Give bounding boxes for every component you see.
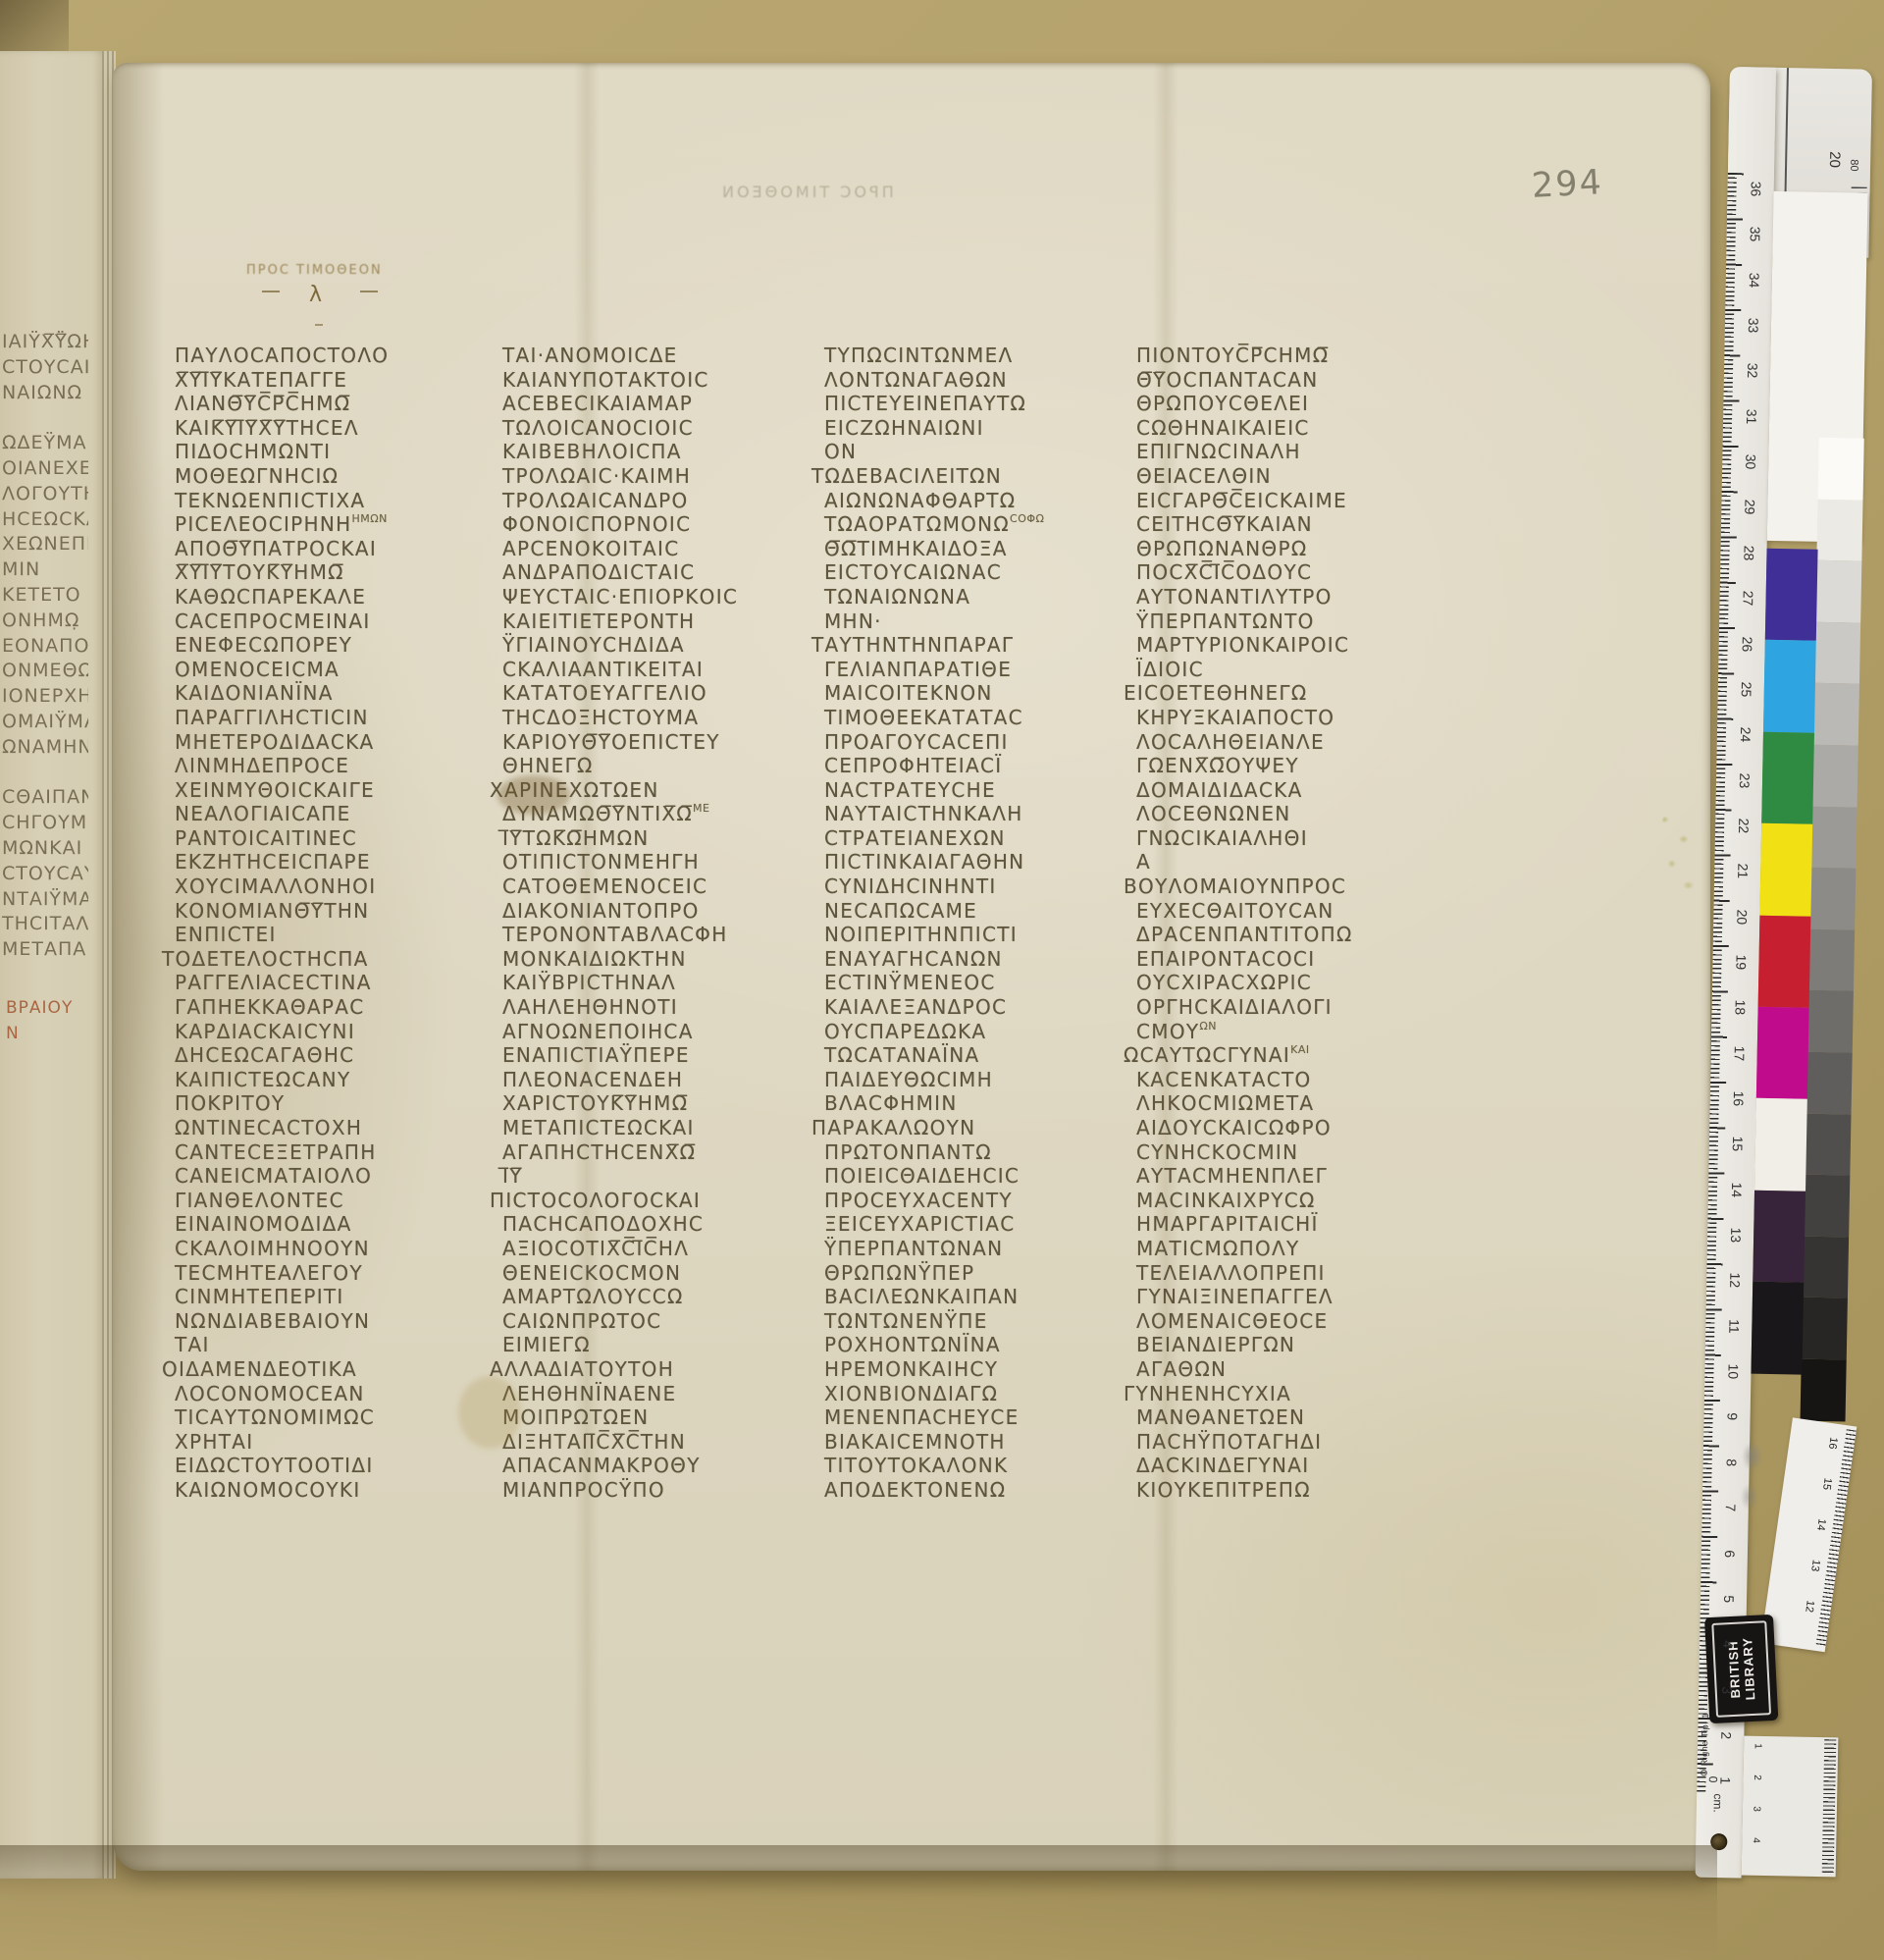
text-line: ΚΑΤΑΤΟΕΥΑΓΓΕΛΙΟ [502,681,787,706]
color-patch-white [1754,1098,1807,1191]
text-line: ΚΑCΕΝΚΑΤΑCΤΟ [1136,1068,1421,1092]
text-line: ΕΝΑΠΙCΤΙΑΫΠΕΡΕ [502,1043,787,1068]
text-line: ΤΥΠΩCΙΝΤΩΝΜΕΛ [824,344,1109,368]
text-line: ΒΕΙΑΝΔΙΕΡΓΩΝ [1136,1333,1421,1357]
text-line: ΕΟΝΑΠΟΛ [2,634,88,660]
text-line: ΑΙΔΟΥCΚΑΙCΩΦΡΟ [1136,1116,1421,1140]
correction-note: CΟΦΩ [1010,512,1044,525]
calibration-chart: 20 80 1615141312 BRITISH LIBRARY 1234 0 [1696,67,1872,1882]
stain [497,775,570,815]
ruler-number: 3 [1719,1677,1735,1703]
text-line: ΑΠΑCΑΝΜΑΚΡΟΘΥ [502,1454,787,1478]
ruler-number: 26 [1739,631,1754,657]
ruler-number: 35 [1747,222,1762,247]
text-line: ΛΟΓΟΥΤΗ [2,482,88,507]
ruler-number: 2 [1718,1722,1734,1748]
text-line: ΠΑΡΑΚΑΛΩΟΥΝ [811,1116,1109,1140]
righe-tip-label: O Righe Tip. 1 [1700,1713,1710,1776]
mini-ruler-number: 16 [1825,1433,1840,1454]
text-line: ΓΝΩCΙΚΑΙΑΛΗΘΙ [1136,826,1421,851]
typographic-ruler: 1234 [1742,1736,1839,1878]
ruler-number: 33 [1746,312,1761,338]
correction-note: ΜΕ [693,802,709,815]
text-line: ΕΚΖΗΤΗCΕΙCΠΑΡΕ [175,850,459,874]
ruler-number: 17 [1731,1040,1747,1066]
text-line: ΟΜΑΙΫΜΑ [2,710,88,735]
grayscale-step [1812,745,1858,807]
text-line: ΗΜΑΡΓΑΡΙΤΑΙCΗΪ [1136,1212,1421,1237]
text-line: ΜΙΝ [2,557,88,583]
text-line: ΠΡΟΑΓΟΥCΑCΕΠΙ [824,730,1109,755]
text-line: CΑΝΤΕCΕΞΕΤΡΑΠΗ [175,1140,459,1165]
text-line: ΘΡΩΠΟΥCΘΕΛΕΙ [1136,392,1421,416]
text-column-1: ΠΑΥΛΟCΑΠΟCΤΟΛΟΧ̅Υ̅Ι̅Υ̅ΚΑΤΕΠΑΓΓΕΛΙΑΝΘ̅Υ̅C… [175,344,459,1503]
text-line: ΕΝΠΙCΤΕΙ [175,923,459,947]
text-line: ΕΙCΓΑΡΘ̅C̅ΕΙCΚΑΙΜΕ [1136,489,1421,513]
ruler-number: 28 [1741,540,1756,565]
text-line: ΔΡΑCΕΝΠΑΝΤΙΤΟΠΩ [1136,923,1421,947]
text-line: ΜΑCΙΝΚΑΙΧΡΥCΩ [1136,1189,1421,1213]
typographic-ruler-number: 4 [1751,1837,1761,1853]
text-line: ΝΩΝΔΙΑΒΕΒΑΙΟΥΝ [175,1309,459,1334]
text-line: ΤΗCΙΤΑΛΙ [2,912,88,937]
ruler-number: 15 [1730,1132,1746,1157]
text-line: ΑΝΔΡΑΠΟΔΙCΤΑΙC [502,560,787,585]
text-line: ΒΑCΙΛΕΩΝΚΑΙΠΑΝ [824,1285,1109,1309]
text-line: ΚΑΙΑΛΕΞΑΝΔΡΟC [824,995,1109,1020]
stain [1655,805,1702,903]
mini-ruler-number: 14 [1814,1514,1829,1535]
text-line: ΛΟΝΤΩΝΑΓΑΘΩΝ [824,368,1109,393]
text-line: ΤΙCΑΥΤΩΝΟΜΙΜΩC [175,1405,459,1430]
ruler-number: 9 [1724,1404,1740,1430]
text-line: ΕΠΙΓΝΩCΙΝΑΛΗ [1136,440,1421,464]
text-line: ΚΑΙΕΙΤΙΕΤΕΡΟΝΤΗ [502,609,787,634]
text-line: CΑΙΩΝΠΡΩΤΟC [502,1309,787,1334]
text-line: ΔΙΞΗΤΑΙΙ̅C̅Χ̅C̅ΤΗΝ [502,1430,787,1455]
mini-ruler-number: 12 [1803,1596,1817,1616]
text-line: ΚΑΙΔΟΝΙΑΝΪΝΑ [175,681,459,706]
text-line: ΒΟΥΛΟΜΑΙΟΥΝΠΡΟC [1124,874,1421,899]
text-line: ΛΟCΕΘΝΩΝΕΝ [1136,802,1421,826]
color-patch-azure [1763,640,1816,732]
text-line: ΙΟΝΕΡΧΗ [2,684,88,710]
text-line: Χ̅Υ̅Ι̅Υ̅ΚΑΤΕΠΑΓΓΕ [175,368,459,393]
text-line: ΤΑΙ [175,1333,459,1357]
text-line: ΤΩΝΤΩΝΕΝΫΠΕ [824,1309,1109,1334]
text-line: ΤΗCΔΟΞΗCΤΟΥΜΑ [502,706,787,730]
text-line: ΒΙΑΚΑΙCΕΜΝΟΤΗ [824,1430,1109,1455]
text-line: ΠΟΚΡΙΤΟΥ [175,1091,459,1116]
grayscale-step [1810,806,1857,868]
text-line: ΜΙΑΝΠΡΟCΫΠΟ [502,1478,787,1503]
text-line: ΘΡΩΠΩΝΫΠΕΡ [824,1261,1109,1286]
text-line: ΨΕΥCΤΑΙC·ΕΠΙΟΡΚΟΙC [502,585,787,609]
text-line: ΚΕΤΕΤΟ [2,583,88,609]
stain [458,1376,521,1449]
gutter-shadow [113,63,164,1871]
text-line: ΛΟΜΕΝΑΙCΘΕΟCΕ [1136,1309,1421,1334]
text-column-4: ΠΙΟΝΤΟΥC̅Ρ̅CΗΜΩ̅Θ̅Υ̅ΟCΠΑΝΤΑCΑΝΘΡΩΠΟΥCΘΕΛ… [1136,344,1421,1503]
text-line: ΜΗΕΤΕΡΟΔΙΔΑCΚΑ [175,730,459,755]
grayscale-step [1809,868,1856,929]
text-line: ΔΙΑΚΟΝΙΑΝΤΟΠΡΟ [502,899,787,924]
ruler-number: 23 [1737,768,1753,793]
text-line: ΫΓΙΑΙΝΟΥCΗΔΙΔΑ [502,633,787,658]
ruler-number: 30 [1743,449,1758,474]
text-line: CΗΓΟΥΜΕ [2,811,88,836]
facing-page-rubric: ΒΡΑΙΟΥΝ [6,995,73,1046]
text-line: ΩCΑΥΤΩCΓΥΝΑΙΚΑΙ [1124,1043,1421,1068]
text-line: ΤΟΔΕΤΕΛΟCΤΗCΠΑ [162,947,459,972]
text-line: ΓΙΑΝΘΕΛΟΝΤΕC [175,1189,459,1213]
quire-dash [360,291,378,292]
text-line: ΡΑΓΓΕΛΙΑCΕCΤΙΝΑ [175,971,459,995]
text-line: ΟΥCΠΑΡΕΔΩΚΑ [824,1020,1109,1044]
text-line: ΧΙΟΝΒΙΟΝΔΙΑΓΩ [824,1382,1109,1406]
text-line: ΚΑΙΫΒΡΙCΤΗΝΑΛ [502,971,787,995]
text-line: ΓΥΝΑΙΞΙΝΕΠΑΓΓΕΛ [1136,1285,1421,1309]
color-patch-yellow [1759,823,1812,916]
text-line: CΙΝΜΗΤΕΠΕΡΙΤΙ [175,1285,459,1309]
text-line: ΝΑΥΤΑΙCΤΗΝΚΑΛΗ [824,802,1109,826]
text-line: ΓΑΠΗΕΚΚΑΘΑΡΑC [175,995,459,1020]
text-line: ΡΟΧΗΟΝΤΩΝΪΝΑ [824,1333,1109,1357]
ruler-number: 21 [1735,859,1751,884]
text-line: ΤΑΥΤΗΝΤΗΝΠΑΡΑΓ [811,633,1109,658]
text-line: CΥΝΙΔΗCΙΝΗΝΤΙ [824,874,1109,899]
text-line: ΚΑΡΔΙΑCΚΑΙCΥΝΙ [175,1020,459,1044]
ruler-number: 22 [1736,813,1752,838]
mini-ruler-number: 13 [1808,1555,1823,1575]
text-line: ΗCΕΩCΚΑ [2,507,88,533]
text-line: CΩΘΗΝΑΙΚΑΙΕΙC [1136,416,1421,441]
text-line: ΑΙΩΝΩΝΑΦΘΑΡΤΩ [824,489,1109,513]
text-line: ΤΩΑΟΡΑΤΩΜΟΝΩCΟΦΩ [824,512,1109,537]
text-line: ΝΑCΤΡΑΤΕΥCΗΕ [824,778,1109,803]
text-line: ΛΗΚΟCΜΙΩΜΕΤΑ [1136,1091,1421,1116]
ruler-head-label-20: 20 [1826,151,1843,168]
text-line: ΝΕCΑΠΩCΑΜΕ [824,899,1109,924]
text-line: ΚΟΝΟΜΙΑΝΘ̅Υ̅ΤΗΝ [175,899,459,924]
color-patch-aubergine [1753,1190,1805,1282]
label-line-2: LIBRARY [1740,1637,1757,1701]
ruler-number: 31 [1744,403,1759,429]
grayscale-step [1816,499,1862,560]
text-line: ΜΑΙCΟΙΤΕΚΝΟΝ [824,681,1109,706]
ruler-number: 29 [1742,495,1757,520]
text-line: ΚΑΙΠΙCΤΕΩCΑΝΥ [175,1068,459,1092]
ruler-number: 18 [1732,995,1748,1021]
text-line: CΜΟΥΩΝ [1136,1020,1421,1044]
text-line: ΝΕΑΛΟΓΙΑΙCΑΠΕ [175,802,459,826]
correction-note: ΗΜΩΝ [351,512,387,525]
text-line: CΑCΕΠΡΟCΜΕΙΝΑΙ [175,609,459,634]
typographic-ruler-number: 1 [1752,1743,1762,1759]
text-line: ΧΑΡΙCΤΟΥΚ̅Υ̅ΗΜΩ̅ [502,1091,787,1116]
folio-number-pencil: 294 [1531,163,1604,206]
text-line: Χ̅Υ̅Ι̅Υ̅ΤΟΥΚ̅Υ̅ΗΜΩ̅ [175,560,459,585]
text-line: CΥΝΗCΚΟCΜΙΝ [1136,1140,1421,1165]
text-line: ΘΗΝΕΓΩ [502,754,787,778]
text-line: ΑΥΤΟΝΑΝΤΙΛΥΤΡΟ [1136,585,1421,609]
text-line: ΓΩΕΝΧ̅Ω̅ΟΥΨΕΥ [1136,754,1421,778]
text-line: ΑΛΛΑΔΙΑΤΟΥΤΟΗ [490,1357,787,1382]
text-line: ΜΟΝΚΑΙΔΙΩΚΤΗΝ [502,947,787,972]
text-line: ΚΑΡΙΟΥΘ̅Υ̅ΟΕΠΙCΤΕΥ [502,730,787,755]
text-line: Ι̅Υ̅ΤΩΚ̅Ω̅ΗΜΩΝ [502,826,787,851]
running-title-ghost: ΠΡΟC ΤΙΜΟΘΕΟΝ [719,183,894,201]
text-line: ΠΙΟΝΤΟΥC̅Ρ̅CΗΜΩ̅ [1136,344,1421,368]
text-line: ΤΩΝΑΙΩΝΩΝΑ [824,585,1109,609]
text-line: ΛΕΗΘΗΝΪΝΑΕΝΕ [502,1382,787,1406]
text-column-2: ΤΑΙ·ΑΝΟΜΟΙCΔΕΚΑΙΑΝΥΠΟΤΑΚΤΟΙCΑCΕΒΕCΙΚΑΙΑΜ… [502,344,787,1503]
text-line: ΙΑΙΫΧ̅Ϋ̅ΩΗ [2,330,88,355]
ruler-number: 20 [1734,904,1750,929]
text-line: ΑΜΑΡΤΩΛΟΥCCΩ [502,1285,787,1309]
manuscript-photo: ΙΑΙΫΧ̅Ϋ̅ΩΗCΤΟΥCΑΙΩΝΑΙΩΝΩ ΩΔΕΫΜΑΟΙΑΝΕΧΕΛΟ… [0,0,1884,1960]
grayscale-step [1805,1113,1851,1175]
ruler-number: 25 [1739,676,1754,702]
text-line: ΤΕΡΟΝΟΝΤΑΒΛΑCΦΗ [502,923,787,947]
grayscale-step [1814,622,1860,684]
text-line: ΤΕΚΝΩΕΝΠΙCΤΙΧΑ [175,489,459,513]
text-line: ΤΙΜΟΘΕΕΚΑΤΑΤΑC [824,706,1109,730]
rubric-line: ΒΡΑΙΟΥ [6,995,73,1021]
text-line: ΟΡΓΗCΚΑΙΔΙΑΛΟΓΙ [1136,995,1421,1020]
text-line: ΠΙCΤΕΥΕΙΝΕΠΑΥΤΩ [824,392,1109,416]
text-line: ΔΑCΚΙΝΔΕΓΥΝΑΙ [1136,1454,1421,1478]
text-line: ΟΜΕΝΟCΕΙCΜΑ [175,658,459,682]
facing-page-edge: ΙΑΙΫΧ̅Ϋ̅ΩΗCΤΟΥCΑΙΩΝΑΙΩΝΩ ΩΔΕΫΜΑΟΙΑΝΕΧΕΛΟ… [0,51,116,1879]
grayscale-step [1806,1052,1853,1114]
text-line: ΝΤΑΙΫΜΑ [2,887,88,913]
text-line: ΓΕΛΙΑΝΠΑΡΑΤΙΘΕ [824,658,1109,682]
ruler-number: 11 [1726,1313,1742,1339]
text-line: ΝΟΙΠΕΡΙΤΗΝΠΙCΤΙ [824,923,1109,947]
color-patch-magenta [1756,1007,1809,1099]
text-line: ΑΠΟΘ̅Υ̅ΠΑΤΡΟCΚΑΙ [175,537,459,561]
text-line: ΩΔΕΫΜΑ [2,431,88,456]
text-line: Θ̅Υ̅ΟCΠΑΝΤΑCΑΝ [1136,368,1421,393]
text-line: ΠΛΕΟΝΑCΕΝΔΕΗ [502,1068,787,1092]
offset-title-ghost: ΠΡΟC ΤΙΜΟΘΕΟΝ [246,263,383,278]
correction-note: ΚΑΙ [1290,1043,1309,1056]
text-line: ΧΡΗΤΑΙ [175,1430,459,1455]
text-line: ΜΟΙΠΡΩΤΩΕΝ [502,1405,787,1430]
text-line: ΫΠΕΡΠΑΝΤΩΝΑΝ [824,1237,1109,1261]
text-line: ΘΕΙΑCΕΛΘΙΝ [1136,464,1421,489]
mini-ruler-number: 15 [1819,1473,1834,1494]
ruler-number: 16 [1731,1086,1747,1111]
text-line: ΟΝ [824,440,1109,464]
text-line: ΧΕΙΝΜΥΘΟΙCΚΑΙΓΕ [175,778,459,803]
text-line: ΠΙCΤΙΝΚΑΙΑΓΑΘΗΝ [824,850,1109,874]
text-line: ΫΠΕΡΠΑΝΤΩΝΤΟ [1136,609,1421,634]
text-line: ΦΟΝΟΙCΠΟΡΝΟΙC [502,512,787,537]
rubric-line: Ν [6,1021,73,1046]
text-line: ΛΙΝΜΗΔΕΠΡΟCΕ [175,754,459,778]
text-line: ΠΙCΤΟCΟΛΟΓΟCΚΑΙ [490,1189,787,1213]
text-line: ΕΠΑΙΡΟΝΤΑCΟCΙ [1136,947,1421,972]
text-line: ΛΟCΑΛΗΘΕΙΑΝΛΕ [1136,730,1421,755]
text-line: ΡΑΝΤΟΙCΑΙΤΙΝΕC [175,826,459,851]
text-line: ΕΙΜΙΕΓΩ [502,1333,787,1357]
text-line: ΤΩΛΟΙCΑΝΟCΙΟΙC [502,416,787,441]
quire-dash [262,291,280,292]
text-line: CΤΟΥCΑΙΩ [2,355,88,381]
parchment-page: ΠΡΟC ΤΙΜΟΘΕΟΝ λ ΠΡΟC ΤΙΜΟΘΕΟΝ 294 ΠΑΥΛΟC… [113,63,1710,1871]
text-line: ΜΑΡΤΥΡΙΟΝΚΑΙΡΟΙC [1136,633,1421,658]
text-line: ΠΡΩΤΟΝΠΑΝΤΩ [824,1140,1109,1165]
text-line: ΠΑΙΔΕΥΘΩCΙΜΗ [824,1068,1109,1092]
text-line: CΑΝΕΙCΜΑΤΑΙΟΛΟ [175,1164,459,1189]
ruler-number: 5 [1721,1586,1737,1612]
mini-ruler: 1615141312 [1760,1417,1857,1652]
text-line: ΜΕΤΑΠΑΝ [2,937,88,963]
text-line: ΚΑΙΑΝΥΠΟΤΑΚΤΟΙC [502,368,787,393]
text-line: ΕΙΝΑΙΝΟΜΟΔΙΔΑ [175,1212,459,1237]
text-line: ΟΝΜΕΘΩ [2,659,88,684]
ruler-head-label-80: 80 [1848,159,1859,171]
text-line: ΠΑΥΛΟCΑΠΟCΤΟΛΟ [175,344,459,368]
grayscale-step [1818,438,1864,500]
color-patch-black [1751,1282,1804,1374]
text-line: ΕΙCΟΕΤΕΘΗΝΕΓΩ [1124,681,1421,706]
text-line: ΜΗΝ· [824,609,1109,634]
text-line: ΕΙCΤΟΥCΑΙΩΝΑC [824,560,1109,585]
text-line: ΟΝΗΜΩ̣ [2,609,88,634]
quire-mark: λ [309,283,322,307]
text-line: ΤΩCΑΤΑΝΑΪΝΑ [824,1043,1109,1068]
text-line: ΜΕΤΑΠΙCΤΕΩCΚΑΙ [502,1116,787,1140]
text-line: ΠΡΟCΕΥΧΑCΕΝΤΥ [824,1189,1109,1213]
text-line: ΠΑCΗCΑΠΟΔΟΧΗC [502,1212,787,1237]
text-line: ΛΙΑΝΘ̅Υ̅C̅Ρ̅C̅ΗΜΩ̅ [175,392,459,416]
text-line: ΠΑΡΑΓΓΙΛΗCΤΙCΙΝ [175,706,459,730]
text-line: ΜΟΘΕΩΓΝΗCΙΩ [175,464,459,489]
text-line: ΚΙΟΥΚΕΠΙΤΡΕΠΩ [1136,1478,1421,1503]
text-line: CΚΑΛΙΑΑΝΤΙΚΕΙΤΑΙ [502,658,787,682]
grayscale-step [1807,990,1854,1052]
text-line: CΤΟΥCΑΥ [2,862,88,887]
ruler-number: 34 [1747,267,1762,292]
text-line: ΕΙΔΩCΤΟΥΤΟΟΤΙΔΙ [175,1454,459,1478]
ruler-number: 4 [1720,1631,1736,1657]
text-line: ΑΥΤΑCΜΗΕΝΠΛΕΓ [1136,1164,1421,1189]
ruler-number: 36 [1748,176,1763,201]
text-line: ΞΕΙCΕΥΧΑΡΙCΤΙΑC [824,1212,1109,1237]
text-line: ΟΙΔΑΜΕΝΔΕΟΤΙΚΑ [162,1357,459,1382]
text-line: CΘΑΙΠΑΝ [2,785,88,811]
text-line: ΧΕΩΝΕΠΙ [2,532,88,557]
ruler-number: 13 [1728,1222,1744,1247]
text-line: ΗΡΕΜΟΝΚΑΙΗCΥ [824,1357,1109,1382]
grayscale-step [1813,683,1859,745]
typographic-ruler-number: 3 [1751,1806,1761,1822]
text-line: ΚΑΘΩCΠΑΡΕΚΑΛΕ [175,585,459,609]
text-line: ΑΞΙΟCΟΤΙΧ̅C̅Ι̅C̅ΗΛ [502,1237,787,1261]
grayscale-step [1802,1298,1848,1359]
text-line: ΠΙΔΟCΗΜΩΝΤΙ [175,440,459,464]
text-line: ΛΑΗΛΕΗΘΗΝΟΤΙ [502,995,787,1020]
text-line: ΔΗCΕΩCΑΓΑΘΗC [175,1043,459,1068]
text-line: Ι̅Υ̅ [502,1164,787,1189]
text-line: ΩΝΤΙΝΕCΑCΤΟΧΗ [175,1116,459,1140]
ruler-number: 7 [1723,1495,1739,1520]
text-line: ΤΡΟΛΩΑΙCΑΝΔΡΟ [502,489,787,513]
text-line: CΕΙΤΗCΘ̅Υ̅ΚΑΙΑΝ [1136,512,1421,537]
text-line: ΜΑΝΘΑΝΕΤΩΕΝ [1136,1405,1421,1430]
text-line: ΪΔΙΟΙC [1136,658,1421,682]
text-line: ΠΟCΧ̅C̅Ι̅C̅ΟΔΟΥC [1136,560,1421,585]
text-line: Θ̅Ω̅ΤΙΜΗΚΑΙΔΟΞΑ [824,537,1109,561]
color-patch-green [1761,732,1814,824]
text-line: ΑΠΟΔΕΚΤΟΝΕΝΩ [824,1478,1109,1503]
quire-tick [315,324,323,326]
text-line: ΝΑΙΩΝΩ [2,381,88,406]
text-line: ΑΓΝΟΩΝΕΠΟΙΗCΑ [502,1020,787,1044]
ruler-number: 1 [1717,1768,1733,1793]
text-line: ΕΥΧΕCΘΑΙΤΟΥCΑΝ [1136,899,1421,924]
text-line: CΑΤΟΘΕΜΕΝΟCΕΙC [502,874,787,899]
text-line: Α [1136,850,1421,874]
text-line: ΩΝΑΜΗΝ [2,735,88,761]
text-line: CΕΠΡΟΦΗΤΕΙΑCΪ [824,754,1109,778]
mini-ruler-ticks [1815,1429,1856,1648]
text-line: ΜΑΤΙCΜΩΠΟΛΥ [1136,1237,1421,1261]
ruler-number: 14 [1729,1177,1745,1202]
text-line: ΒΛΑCΦΗΜΙΝ [824,1091,1109,1116]
text-line: ΠΑCΗΫΠΟΤΑΓΗΔΙ [1136,1430,1421,1455]
text-line: ΟΙΑΝΕΧΕ [2,456,88,482]
grayscale-step [1808,928,1855,990]
ruler-cm-label: cm. [1711,1793,1725,1813]
ruler-number: 6 [1722,1541,1738,1566]
correction-note: ΩΝ [1199,1020,1217,1033]
text-line: ΤΕCΜΗΤΕΑΛΕΓΟΥ [175,1261,459,1286]
text-line: CΚΑΛΟΙΜΗΝΟΟΥΝ [175,1237,459,1261]
ruler-number: 12 [1727,1268,1743,1294]
ruler-number: 19 [1733,949,1749,975]
ruler-number: 24 [1738,721,1753,747]
grayscale-step [1803,1236,1849,1298]
text-line: ΕΙCΖΩΗΝΑΙΩΝΙ [824,416,1109,441]
ruler-number: 27 [1740,585,1755,610]
text-column-3: ΤΥΠΩCΙΝΤΩΝΜΕΛΛΟΝΤΩΝΑΓΑΘΩΝΠΙCΤΕΥΕΙΝΕΠΑΥΤΩ… [824,344,1109,1503]
text-line: ΚΑΙΩΝΟΜΟCΟΥΚΙ [175,1478,459,1503]
text-line: ΟΥCΧΙΡΑCΧΩΡΙC [1136,971,1421,995]
text-line: ΘΕΝΕΙCΚΟCΜΟΝ [502,1261,787,1286]
grayscale-step [1801,1359,1847,1421]
text-line: ΤΕΛΕΙΑΛΛΟΠΡΕΠΙ [1136,1261,1421,1286]
text-line [2,405,88,431]
text-line: ΔΟΜΑΙΔΙΔΑCΚΑ [1136,778,1421,803]
color-patch-violet [1765,549,1818,641]
text-line [2,761,88,786]
grayscale-step [1815,560,1861,622]
text-line: ΤΙΤΟΥΤΟΚΑΛΟΝΚ [824,1454,1109,1478]
text-line: ΕCΤΙΝΫΜΕΝΕΟC [824,971,1109,995]
text-line: ΡΙCΕΛΕΟCΙΡΗΝΗΗΜΩΝ [175,512,459,537]
facing-page-text: ΙΑΙΫΧ̅Ϋ̅ΩΗCΤΟΥCΑΙΩΝΑΙΩΝΩ ΩΔΕΫΜΑΟΙΑΝΕΧΕΛΟ… [2,330,88,963]
text-line: ΠΟΙΕΙCΘΑΙΔΕΗCΙC [824,1164,1109,1189]
text-line: ΤΑΙ·ΑΝΟΜΟΙCΔΕ [502,344,787,368]
ruler-number: 10 [1725,1358,1741,1384]
typographic-ruler-number: 2 [1752,1775,1762,1790]
ruler-number: 32 [1745,358,1760,384]
text-line: ΘΡΩΠΩΝΑΝΘΡΩ [1136,537,1421,561]
